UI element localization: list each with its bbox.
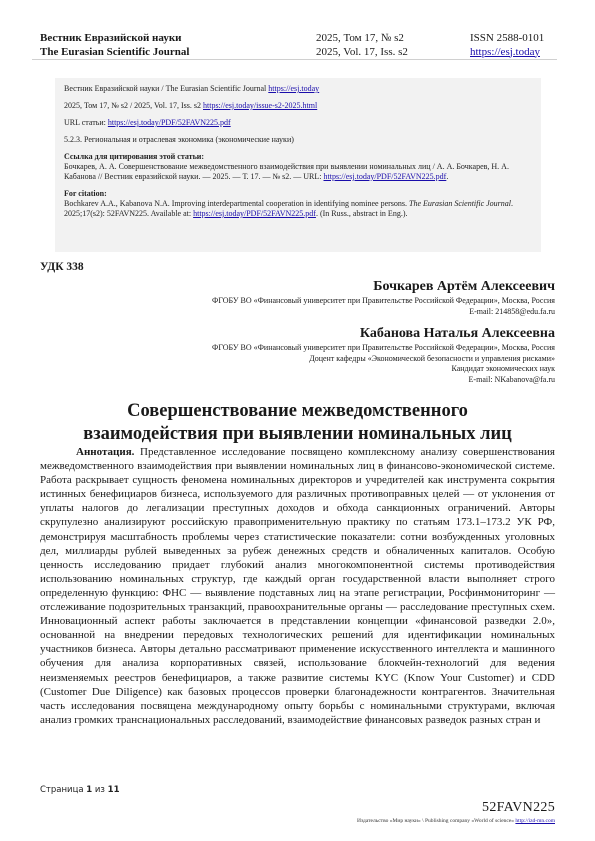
citation-en-link[interactable]: https://esj.today/PDF/52FAVN225.pdf	[193, 209, 316, 218]
journal-link[interactable]: https://esj.today	[268, 84, 319, 93]
publisher-line: Издательство «Мир науки» \ Publishing co…	[357, 818, 555, 824]
abstract: Аннотация. Представленное исследование п…	[40, 445, 555, 727]
journal-names: Вестник Евразийской науки The Eurasian S…	[40, 32, 189, 59]
issn: ISSN 2588-0101	[470, 32, 555, 46]
author-2: Кабанова Наталья Алексеевна ФГОБУ ВО «Фи…	[212, 325, 555, 385]
journal-name-ru: Вестник Евразийской науки	[40, 32, 189, 46]
citation-ru: Ссылка для цитирования этой статьи: Бочк…	[64, 152, 532, 182]
issue-ru: 2025, Том 17, № s2	[316, 32, 408, 46]
meta-url: URL статьи: https://esj.today/PDF/52FAVN…	[64, 118, 532, 128]
meta-journal: Вестник Евразийской науки / The Eurasian…	[64, 84, 532, 94]
citation-ru-link[interactable]: https://esj.today/PDF/52FAVN225.pdf	[324, 172, 447, 181]
author-position: Доцент кафедры «Экономической безопаснос…	[212, 354, 555, 365]
author-email: E-mail: NKabanova@fa.ru	[212, 375, 555, 386]
journal-name-en: The Eurasian Scientific Journal	[40, 46, 189, 60]
issue-link[interactable]: https://esj.today/issue-s2-2025.html	[203, 101, 317, 110]
abstract-text: Представленное исследование посвящено ко…	[40, 446, 555, 726]
author-degree: Кандидат экономических наук	[212, 364, 555, 375]
issn-block: ISSN 2588-0101 https://esj.today	[470, 32, 555, 59]
issue-info: 2025, Том 17, № s2 2025, Vol. 17, Iss. s…	[316, 32, 408, 59]
citation-en-label: For citation:	[64, 189, 532, 199]
meta-specialty: 5.2.3. Региональная и отраслевая экономи…	[64, 135, 532, 145]
meta-issue: 2025, Том 17, № s2 / 2025, Vol. 17, Iss.…	[64, 101, 532, 111]
author-affiliation: ФГОБУ ВО «Финансовый университет при Пра…	[212, 343, 555, 354]
author-1: Бочкарев Артём Алексеевич ФГОБУ ВО «Фина…	[212, 278, 555, 317]
citation-ru-label: Ссылка для цитирования этой статьи:	[64, 152, 532, 162]
issue-en: 2025, Vol. 17, Iss. s2	[316, 46, 408, 60]
article-meta-box: Вестник Евразийской науки / The Eurasian…	[55, 78, 541, 252]
article-title: Совершенствование межведомственного взаи…	[40, 400, 555, 446]
publisher-link[interactable]: http://izd-mn.com	[515, 818, 555, 824]
citation-en: For citation: Bochkarev A.A., Kabanova N…	[64, 189, 532, 219]
author-name: Бочкарев Артём Алексеевич	[212, 278, 555, 295]
document-code: 52FAVN225	[482, 800, 555, 816]
author-email: E-mail: 214858@edu.fa.ru	[212, 307, 555, 318]
site-link[interactable]: https://esj.today	[470, 46, 540, 58]
page-number: Страница 1 из 11	[40, 785, 120, 795]
udk-code: УДК 338	[40, 261, 84, 273]
author-name: Кабанова Наталья Алексеевна	[212, 325, 555, 342]
header-divider	[32, 59, 557, 60]
article-url-link[interactable]: https://esj.today/PDF/52FAVN225.pdf	[108, 118, 231, 127]
author-affiliation: ФГОБУ ВО «Финансовый университет при Пра…	[212, 296, 555, 307]
abstract-label: Аннотация.	[76, 446, 134, 458]
